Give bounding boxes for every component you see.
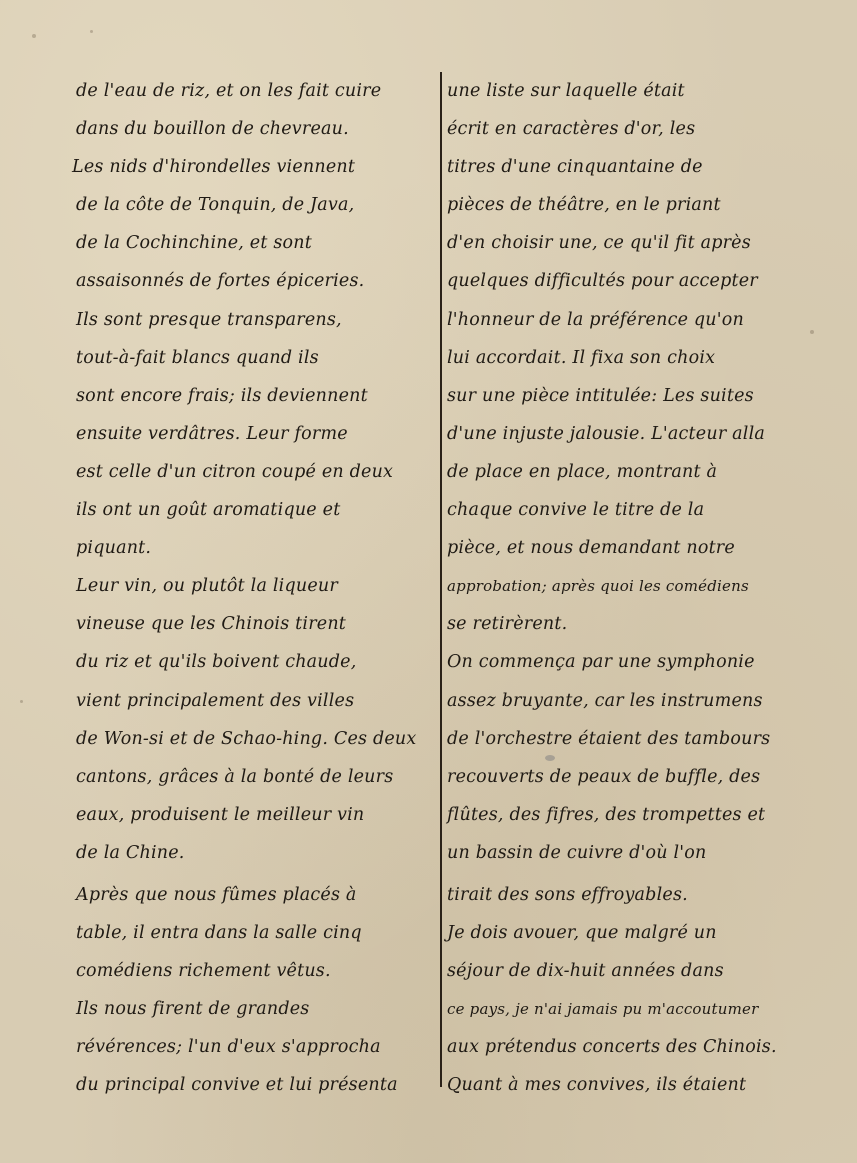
right-line: assez bruyante, car les instrumens bbox=[447, 682, 837, 720]
left-line: de la Cochinchine, et sont bbox=[76, 224, 442, 262]
paper-spot bbox=[90, 30, 93, 33]
right-line: écrit en caractères d'or, les bbox=[447, 110, 837, 148]
left-line: de l'eau de riz, et on les fait cuire bbox=[76, 72, 442, 110]
right-line: lui accordait. Il fixa son choix bbox=[447, 339, 837, 377]
left-line: assaisonnés de fortes épiceries. bbox=[76, 262, 442, 300]
paper-spot bbox=[32, 34, 36, 38]
left-line: ensuite verdâtres. Leur forme bbox=[76, 415, 442, 453]
right-line: tirait des sons effroyables. bbox=[447, 876, 837, 914]
right-line: chaque convive le titre de la bbox=[447, 491, 837, 529]
left-line: vineuse que les Chinois tirent bbox=[76, 605, 442, 643]
right-line: sur une pièce intitulée: Les suites bbox=[447, 377, 837, 415]
left-line: de la Chine. bbox=[76, 834, 442, 872]
left-line: Leur vin, ou plutôt la liqueur bbox=[76, 567, 442, 605]
right-line: approbation; après quoi les comédiens bbox=[447, 567, 837, 605]
right-line: pièces de théâtre, en le priant bbox=[447, 186, 837, 224]
right-line: une liste sur laquelle était bbox=[447, 72, 837, 110]
right-line: ce pays, je n'ai jamais pu m'accoutumer bbox=[447, 990, 837, 1028]
right-line: flûtes, des fifres, des trompettes et bbox=[447, 796, 837, 834]
left-line: du riz et qu'ils boivent chaude, bbox=[76, 643, 442, 681]
left-line: table, il entra dans la salle cinq bbox=[76, 914, 442, 952]
left-line: vient principalement des villes bbox=[76, 682, 442, 720]
right-line: Quant à mes convives, ils étaient bbox=[447, 1066, 837, 1104]
left-line: eaux, produisent le meilleur vin bbox=[76, 796, 442, 834]
paper-spot bbox=[20, 700, 23, 703]
left-line: dans du bouillon de chevreau. bbox=[76, 110, 442, 148]
left-line: cantons, grâces à la bonté de leurs bbox=[76, 758, 442, 796]
right-line: se retirèrent. bbox=[447, 605, 837, 643]
right-line: pièce, et nous demandant notre bbox=[447, 529, 837, 567]
right-line: séjour de dix-huit années dans bbox=[447, 952, 837, 990]
left-column: de l'eau de riz, et on les fait cuire da… bbox=[76, 72, 442, 1105]
left-line: piquant. bbox=[76, 529, 442, 567]
left-line: du principal convive et lui présenta bbox=[76, 1066, 442, 1104]
right-line: d'une injuste jalousie. L'acteur alla bbox=[447, 415, 837, 453]
left-line: ils ont un goût aromatique et bbox=[76, 491, 442, 529]
right-line: On commença par une symphonie bbox=[447, 643, 837, 681]
left-line: révérences; l'un d'eux s'approcha bbox=[76, 1028, 442, 1066]
left-line: de la côte de Tonquin, de Java, bbox=[76, 186, 442, 224]
left-line: Les nids d'hirondelles viennent bbox=[72, 148, 442, 186]
right-line: aux prétendus concerts des Chinois. bbox=[447, 1028, 837, 1066]
left-line: sont encore frais; ils deviennent bbox=[76, 377, 442, 415]
right-line: de l'orchestre étaient des tambours bbox=[447, 720, 837, 758]
right-line: de place en place, montrant à bbox=[447, 453, 837, 491]
left-line: Après que nous fûmes placés à bbox=[76, 876, 442, 914]
left-line: tout-à-fait blancs quand ils bbox=[76, 339, 442, 377]
left-line: Ils sont presque transparens, bbox=[76, 301, 442, 339]
right-line: quelques difficultés pour accepter bbox=[447, 262, 837, 300]
left-line: comédiens richement vêtus. bbox=[76, 952, 442, 990]
right-line: l'honneur de la préférence qu'on bbox=[447, 301, 837, 339]
right-line: d'en choisir une, ce qu'il fit après bbox=[447, 224, 837, 262]
right-column: une liste sur laquelle était écrit en ca… bbox=[447, 72, 837, 1105]
right-line: Je dois avouer, que malgré un bbox=[447, 914, 837, 952]
manuscript-page: de l'eau de riz, et on les fait cuire da… bbox=[0, 0, 857, 1163]
left-line: de Won-si et de Schao-hing. Ces deux bbox=[76, 720, 442, 758]
right-line: un bassin de cuivre d'où l'on bbox=[447, 834, 837, 872]
left-line: Ils nous firent de grandes bbox=[76, 990, 442, 1028]
right-line: titres d'une cinquantaine de bbox=[447, 148, 837, 186]
right-line: recouverts de peaux de buffle, des bbox=[447, 758, 837, 796]
left-line: est celle d'un citron coupé en deux bbox=[76, 453, 442, 491]
